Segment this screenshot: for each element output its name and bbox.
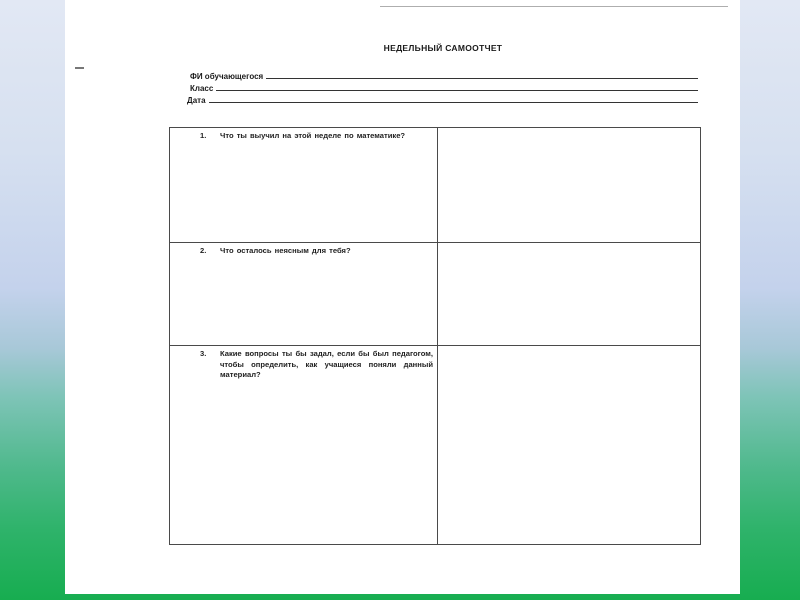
student-name-line[interactable]: [266, 78, 698, 79]
questions-table: 1. Что ты выучил на этой неделе по матем…: [169, 127, 701, 545]
student-name-label: ФИ обучающегося: [190, 72, 266, 81]
question-text: Какие вопросы ты бы задал, если бы был п…: [220, 349, 433, 381]
question-2: 2. Что осталось неясным для тебя?: [170, 243, 437, 257]
answer-cell-3[interactable]: [438, 346, 700, 544]
date-field[interactable]: Дата: [187, 94, 698, 105]
margin-mark: [75, 67, 84, 69]
question-number: 3.: [178, 349, 220, 381]
question-3: 3. Какие вопросы ты бы задал, если бы бы…: [170, 346, 437, 381]
class-line[interactable]: [216, 90, 698, 91]
question-1: 1. Что ты выучил на этой неделе по матем…: [170, 128, 437, 142]
document-title: НЕДЕЛЬНЫЙ САМООТЧЕТ: [0, 43, 800, 53]
answer-cell-2[interactable]: [438, 243, 700, 345]
class-label: Класс: [190, 84, 216, 93]
top-rule: [380, 6, 728, 7]
question-text: Что ты выучил на этой неделе по математи…: [220, 131, 433, 142]
question-text: Что осталось неясным для тебя?: [220, 246, 433, 257]
date-line[interactable]: [209, 102, 698, 103]
class-field[interactable]: Класс: [190, 82, 698, 93]
answer-cell-1[interactable]: [438, 128, 700, 242]
date-label: Дата: [187, 96, 209, 105]
student-name-field[interactable]: ФИ обучающегося: [190, 70, 698, 81]
question-number: 2.: [178, 246, 220, 257]
question-number: 1.: [178, 131, 220, 142]
